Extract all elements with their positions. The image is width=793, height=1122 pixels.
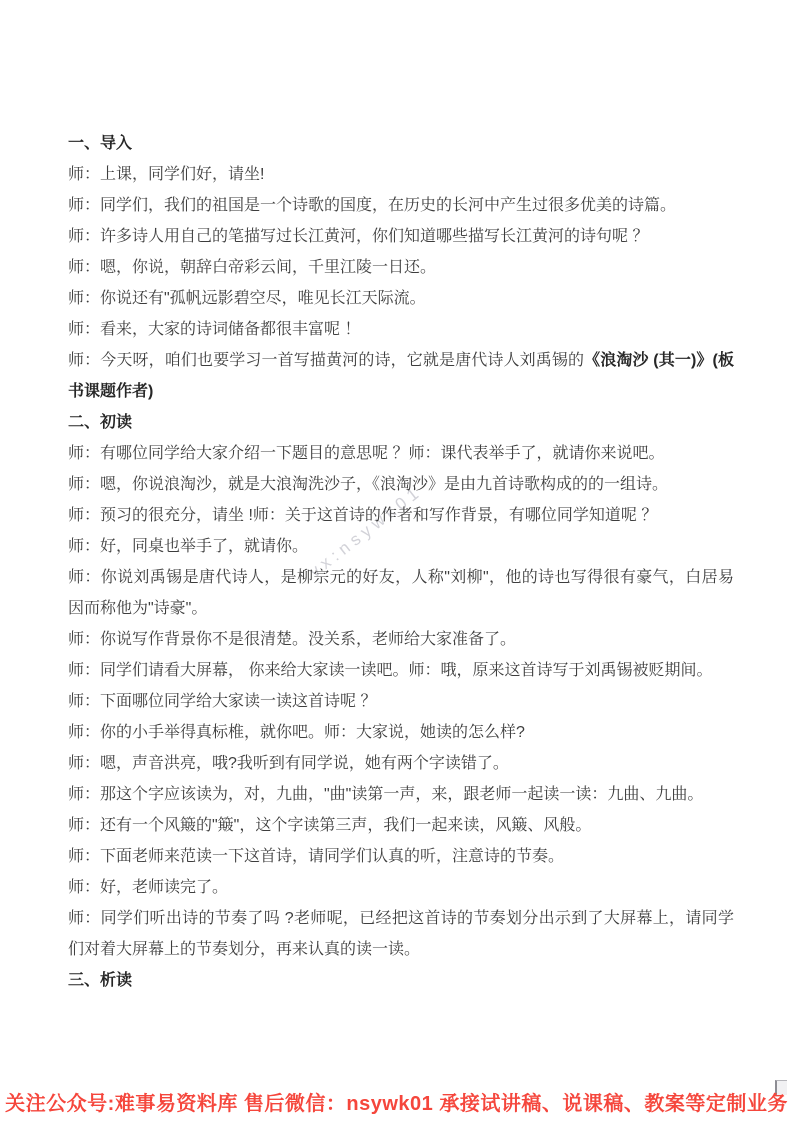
text-run: 师：还有一个风簸的"簸"，这个字读第三声，我们一起来读，风簸、风般。 — [68, 817, 591, 834]
dialogue-line: 师：嗯，你说浪淘沙，就是大浪淘洗沙子，《浪淘沙》是由九首诗歌构成的的一组诗。 — [68, 469, 734, 500]
dialogue-line: 师：许多诗人用自己的笔描写过长江黄河，你们知道哪些描写长江黄河的诗句呢 ？ — [68, 221, 734, 252]
text-run-bold: 一、导入 — [68, 135, 132, 152]
text-run: 师：嗯，声音洪亮，哦?我听到有同学说，她有两个字读错了。 — [68, 755, 509, 772]
dialogue-line: 师：嗯，声音洪亮，哦?我听到有同学说，她有两个字读错了。 — [68, 748, 734, 779]
dialogue-line: 师：嗯，你说，朝辞白帝彩云间，千里江陵一日还。 — [68, 252, 734, 283]
section-heading: 一、导入 — [68, 128, 734, 159]
dialogue-line: 师：上课，同学们好，请坐! — [68, 159, 734, 190]
section-heading: 二、初读 — [68, 407, 734, 438]
text-run: 师：好，同桌也举手了，就请你。 — [68, 538, 308, 555]
dialogue-line: 师：你的小手举得真标椎，就你吧。师：大家说，她读的怎么样? — [68, 717, 734, 748]
text-run: 师：你说还有"孤帆远影碧空尽，唯见长江天际流。 — [68, 290, 426, 307]
dialogue-line: 师：下面哪位同学给大家读一读这首诗呢 ？ — [68, 686, 734, 717]
dialogue-line: 师：你说还有"孤帆远影碧空尽，唯见长江天际流。 — [68, 283, 734, 314]
dialogue-line: 师：好，同桌也举手了，就请你。 — [68, 531, 734, 562]
text-run: 师：许多诗人用自己的笔描写过长江黄河，你们知道哪些描写长江黄河的诗句呢 ？ — [68, 228, 648, 245]
dialogue-line: 师：同学们，我们的祖国是一个诗歌的国度，在历史的长河中产生过很多优美的诗篇。 — [68, 190, 734, 221]
text-run: 师：嗯，你说浪淘沙，就是大浪淘洗沙子，《浪淘沙》是由九首诗歌构成的的一组诗。 — [68, 476, 668, 493]
text-run: 师：你说刘禹锡是唐代诗人，是柳宗元的好友，人称"刘柳"，他的诗也写得很有豪气，白… — [68, 569, 734, 617]
text-run: 师：有哪位同学给大家介绍一下题目的意思呢 ？师：课代表举手了，就请你来说吧。 — [68, 445, 664, 462]
dialogue-line: 师：今天呀，咱们也要学习一首写描黄河的诗，它就是唐代诗人刘禹锡的《浪淘沙 (其一… — [68, 345, 734, 407]
text-run: 师：预习的很充分，请坐 !师：关于这首诗的作者和写作背景，有哪位同学知道呢 ？ — [68, 507, 657, 524]
text-run-bold: 三、析读 — [68, 972, 132, 989]
text-run-bold: 二、初读 — [68, 414, 132, 431]
text-run: 师：那这个字应该读为，对，九曲，"曲"读第一声，来，跟老师一起读一读：九曲、九曲… — [68, 786, 703, 803]
dialogue-line: 师：有哪位同学给大家介绍一下题目的意思呢 ？师：课代表举手了，就请你来说吧。 — [68, 438, 734, 469]
text-run: 师：下面哪位同学给大家读一读这首诗呢 ？ — [68, 693, 376, 710]
dialogue-line: 师：你说写作背景你不是很清楚。没关系，老师给大家准备了。 — [68, 624, 734, 655]
text-run: 师：同学们请看大屏幕， 你来给大家读一读吧。师：哦，原来这首诗写于刘禹锡被贬期间… — [68, 662, 712, 679]
text-run: 师：好，老师读完了。 — [68, 879, 228, 896]
dialogue-line: 师：同学们请看大屏幕， 你来给大家读一读吧。师：哦，原来这首诗写于刘禹锡被贬期间… — [68, 655, 734, 686]
text-run: 师：下面老师来范读一下这首诗，请同学们认真的听，注意诗的节奏。 — [68, 848, 564, 865]
section-heading: 三、析读 — [68, 965, 734, 996]
dialogue-line: 师：好，老师读完了。 — [68, 872, 734, 903]
document-page: vx:nsywk01 一、导入师：上课，同学们好，请坐!师：同学们，我们的祖国是… — [0, 0, 793, 1122]
dialogue-line: 师：预习的很充分，请坐 !师：关于这首诗的作者和写作背景，有哪位同学知道呢 ？ — [68, 500, 734, 531]
document-body: 一、导入师：上课，同学们好，请坐!师：同学们，我们的祖国是一个诗歌的国度，在历史… — [68, 128, 734, 996]
text-run: 师：今天呀，咱们也要学习一首写描黄河的诗，它就是唐代诗人刘禹锡的 — [68, 352, 584, 369]
dialogue-line: 师：同学们听出诗的节奏了吗 ?老师呢，已经把这首诗的节奏划分出示到了大屏幕上，请… — [68, 903, 734, 965]
text-run: 师：同学们，我们的祖国是一个诗歌的国度，在历史的长河中产生过很多优美的诗篇。 — [68, 197, 676, 214]
text-run: 师：同学们听出诗的节奏了吗 ?老师呢，已经把这首诗的节奏划分出示到了大屏幕上，请… — [68, 910, 734, 958]
text-run: 师：你说写作背景你不是很清楚。没关系，老师给大家准备了。 — [68, 631, 516, 648]
dialogue-line: 师：看来，大家的诗词储备都很丰富呢 ！ — [68, 314, 734, 345]
text-run: 师：上课，同学们好，请坐! — [68, 166, 264, 183]
dialogue-line: 师：下面老师来范读一下这首诗，请同学们认真的听，注意诗的节奏。 — [68, 841, 734, 872]
dialogue-line: 师：你说刘禹锡是唐代诗人，是柳宗元的好友，人称"刘柳"，他的诗也写得很有豪气，白… — [68, 562, 734, 624]
dialogue-line: 师：还有一个风簸的"簸"，这个字读第三声，我们一起来读，风簸、风般。 — [68, 810, 734, 841]
text-run: 师：你的小手举得真标椎，就你吧。师：大家说，她读的怎么样? — [68, 724, 525, 741]
text-run: 师：嗯，你说，朝辞白帝彩云间，千里江陵一日还。 — [68, 259, 436, 276]
text-run: 师：看来，大家的诗词储备都很丰富呢 ！ — [68, 321, 360, 338]
dialogue-line: 师：那这个字应该读为，对，九曲，"曲"读第一声，来，跟老师一起读一读：九曲、九曲… — [68, 779, 734, 810]
footer-promo-text: 关注公众号:难事易资料库 售后微信：nsywk01 承接试讲稿、说课稿、教案等定… — [0, 1087, 793, 1116]
